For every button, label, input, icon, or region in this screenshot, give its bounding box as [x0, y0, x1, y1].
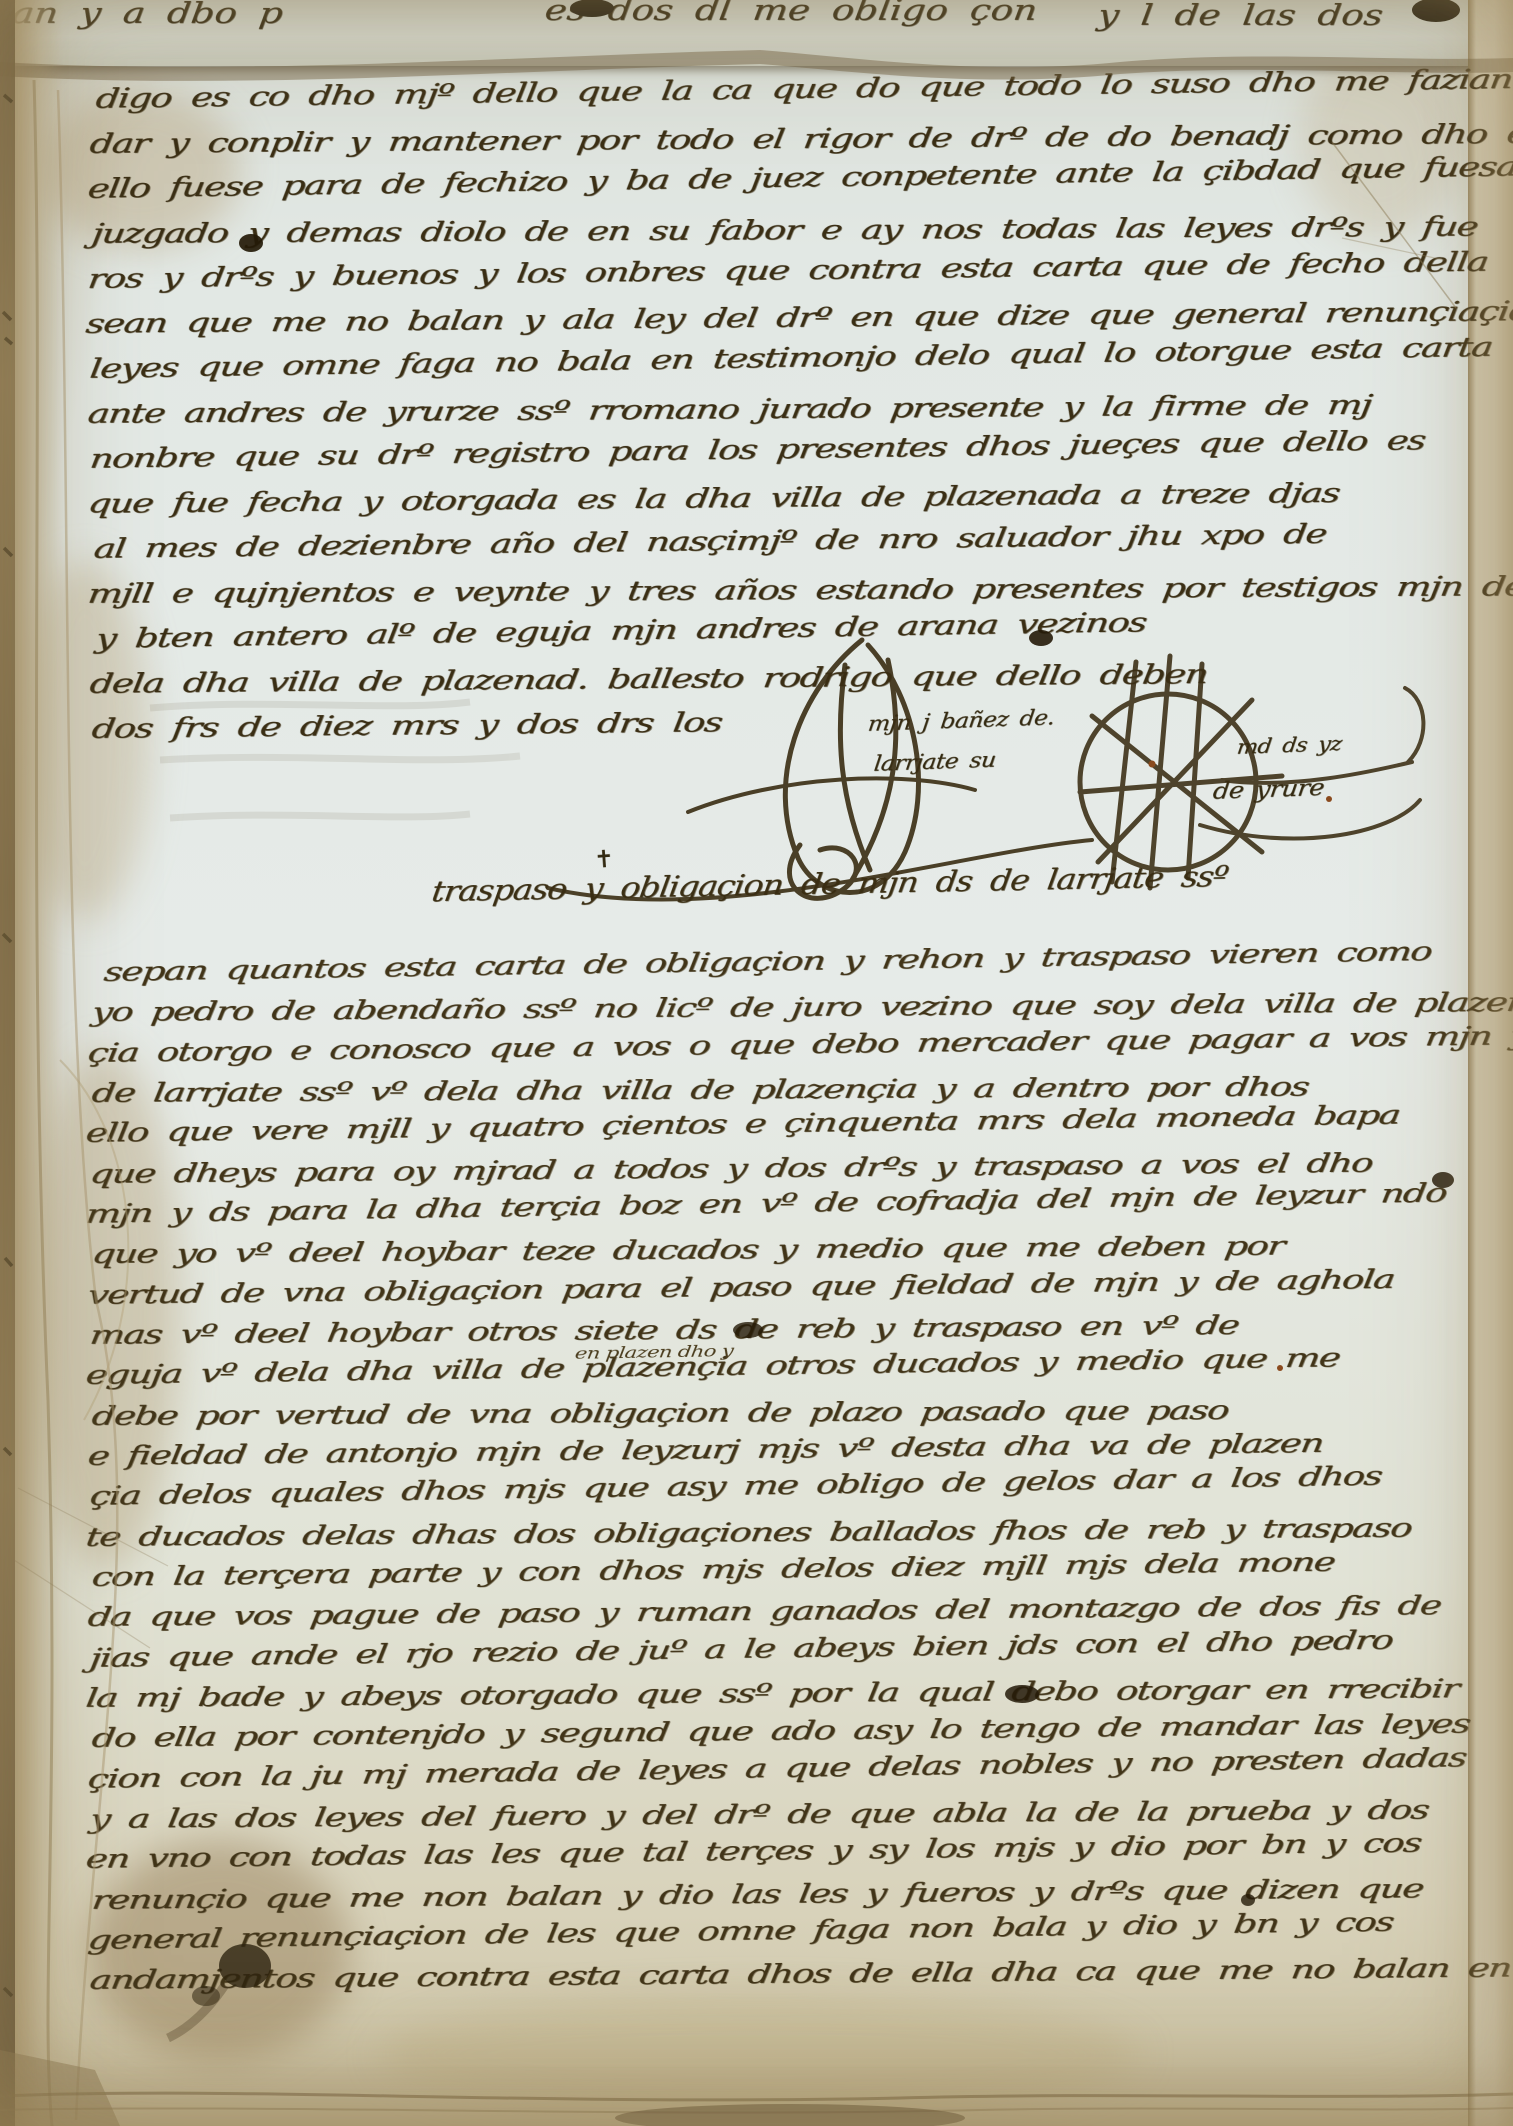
- cutoff-text-fragment: es dos dl me obligo çon: [543, 0, 1039, 27]
- text-line: mjn y ds para la dha terçia boz en vº de…: [84, 1179, 1448, 1230]
- text-line: eguja vº dela dha villa de plazençia otr…: [84, 1343, 1341, 1391]
- bottom-crease: [0, 2108, 1513, 2113]
- text-line: renunçio que me non balan y dio las les …: [90, 1874, 1425, 1916]
- text-line: dela dha villa de plazenad. ballesto rod…: [88, 659, 1209, 700]
- text-line: çia otorgo e conosco que a vos o que deb…: [86, 1020, 1513, 1069]
- text-line: dar y conplir y mantener por todo el rig…: [88, 119, 1513, 160]
- text-line: ello que vere mjll y quatro çientos e çi…: [84, 1101, 1401, 1149]
- rubric-flourish-left-icon: [548, 640, 1092, 900]
- previous-leaf-edge: an y a dbo p es dos dl me obligo çon y l…: [0, 0, 1513, 66]
- signature-right-name: md ds yz: [1236, 731, 1343, 759]
- signature-left-name: mjn j bañez de.: [867, 705, 1056, 736]
- paper-stain: [380, 1995, 1140, 2115]
- text-line: mas vº deel hoybar otros siete ds de reb…: [88, 1311, 1240, 1351]
- interlinear-insertion: en plazen dho y: [574, 1341, 735, 1363]
- text-line: digo es co dho mjº dello que la ca que d…: [94, 61, 1513, 115]
- signature-right-name: de yrure: [1211, 775, 1325, 805]
- text-line: y a las dos leyes del fuero y del drº de…: [88, 1796, 1430, 1835]
- ink-smudge: [168, 1944, 271, 2038]
- text-line: y bten antero alº de eguja mjn andres de…: [94, 607, 1148, 655]
- text-line: da que vos pague de paso y ruman ganados…: [86, 1591, 1442, 1633]
- text-line: vertud de vna obligaçion para el paso qu…: [86, 1265, 1396, 1311]
- paper-stain: [40, 90, 240, 250]
- text-line: e fieldad de antonjo mjn de leyzurj mjs …: [86, 1429, 1325, 1472]
- scratch-line: [1342, 238, 1444, 260]
- text-line: nonbre que su drº registro para los pres…: [88, 425, 1427, 475]
- bottom-crease: [0, 2093, 1513, 2100]
- text-line: leyes que omne faga no bala en testimonj…: [88, 332, 1494, 385]
- text-line: juzgado y demas diolo de en su fabor e a…: [90, 212, 1479, 250]
- rubric-flourish-right-icon: [1080, 656, 1423, 888]
- text-line: general renunçiaçion de les que omne fag…: [86, 1908, 1395, 1956]
- text-line: do ella por contenjdo y segund que ado a…: [90, 1710, 1471, 1754]
- rust-speck: [1149, 761, 1333, 1372]
- signature-left-name: larrjate su: [873, 748, 998, 776]
- text-line: yo pedro de abendaño ssº no licº de juro…: [90, 988, 1513, 1028]
- text-line: sepan quantos esta carta de obligaçion y…: [102, 937, 1433, 988]
- text-line: debe por vertud de vna obligaçion de pla…: [90, 1396, 1230, 1432]
- text-line: que dheys para oy mjrad a todos y dos dr…: [88, 1149, 1374, 1190]
- binding-edge-shading: [15, 0, 63, 2126]
- text-line: jias que ande el rjo rezio de juº a le a…: [88, 1626, 1394, 1674]
- binding-edge: [0, 0, 15, 2126]
- verso-show-through: [150, 702, 520, 818]
- text-line: ros y drºs y buenos y los onbres que con…: [86, 247, 1490, 295]
- text-line: que yo vº deel hoybar teze ducados y med…: [90, 1232, 1286, 1270]
- text-line: que fue fecha y otorgada es la dha villa…: [86, 478, 1341, 520]
- paper-stain: [90, 1840, 350, 2060]
- bottom-edge-stain: [615, 2104, 965, 2126]
- text-line: la mj bade y abeys otorgado que ssº por …: [84, 1674, 1460, 1714]
- text-line: de larrjate ssº vº dela dha villa de pla…: [90, 1073, 1310, 1109]
- cutoff-text-fragment: y l de las dos: [1096, 0, 1385, 32]
- right-leaf-edge: [1468, 0, 1513, 2126]
- text-line: sean que me no balan y ala ley del drº e…: [84, 296, 1513, 340]
- text-line: al mes de dezienbre año del nasçimjº de …: [92, 519, 1328, 565]
- text-line: con la terçera parte y con dhos mjs delo…: [90, 1548, 1336, 1593]
- binding-crease: [60, 1060, 128, 1420]
- paper-stain: [1300, 40, 1460, 240]
- ink-blot: [239, 234, 1454, 1906]
- text-line: çia delos quales dhos mjs que asy me obl…: [88, 1462, 1383, 1512]
- text-line: andamjentos que contra esta carta dhos d…: [88, 1952, 1513, 1996]
- text-line: te ducados delas dhas dos obligaçiones b…: [84, 1514, 1413, 1553]
- deed-heading-text: traspaso y obligaçion de mjn ds de larrj…: [430, 859, 1230, 908]
- text-line: dos frs de diez mrs y dos drs los: [90, 707, 724, 745]
- binding-crease: [58, 90, 117, 2120]
- scratch-line: [1332, 142, 1456, 308]
- text-line: en vno con todas las les que tal terçes …: [84, 1829, 1423, 1875]
- heading-cross-mark: ✝: [593, 845, 615, 874]
- text-line: çion con la ju mj merada de leyes a que …: [86, 1743, 1468, 1795]
- text-line: mjll e qujnjentos e veynte y tres años e…: [86, 571, 1513, 610]
- text-line: ello fuese para de fechizo y ba de juez …: [86, 152, 1513, 206]
- manuscript-page: an y a dbo p es dos dl me obligo çon y l…: [0, 0, 1513, 2126]
- text-line: ante andres de yrurze ssº rromano jurado…: [86, 390, 1373, 430]
